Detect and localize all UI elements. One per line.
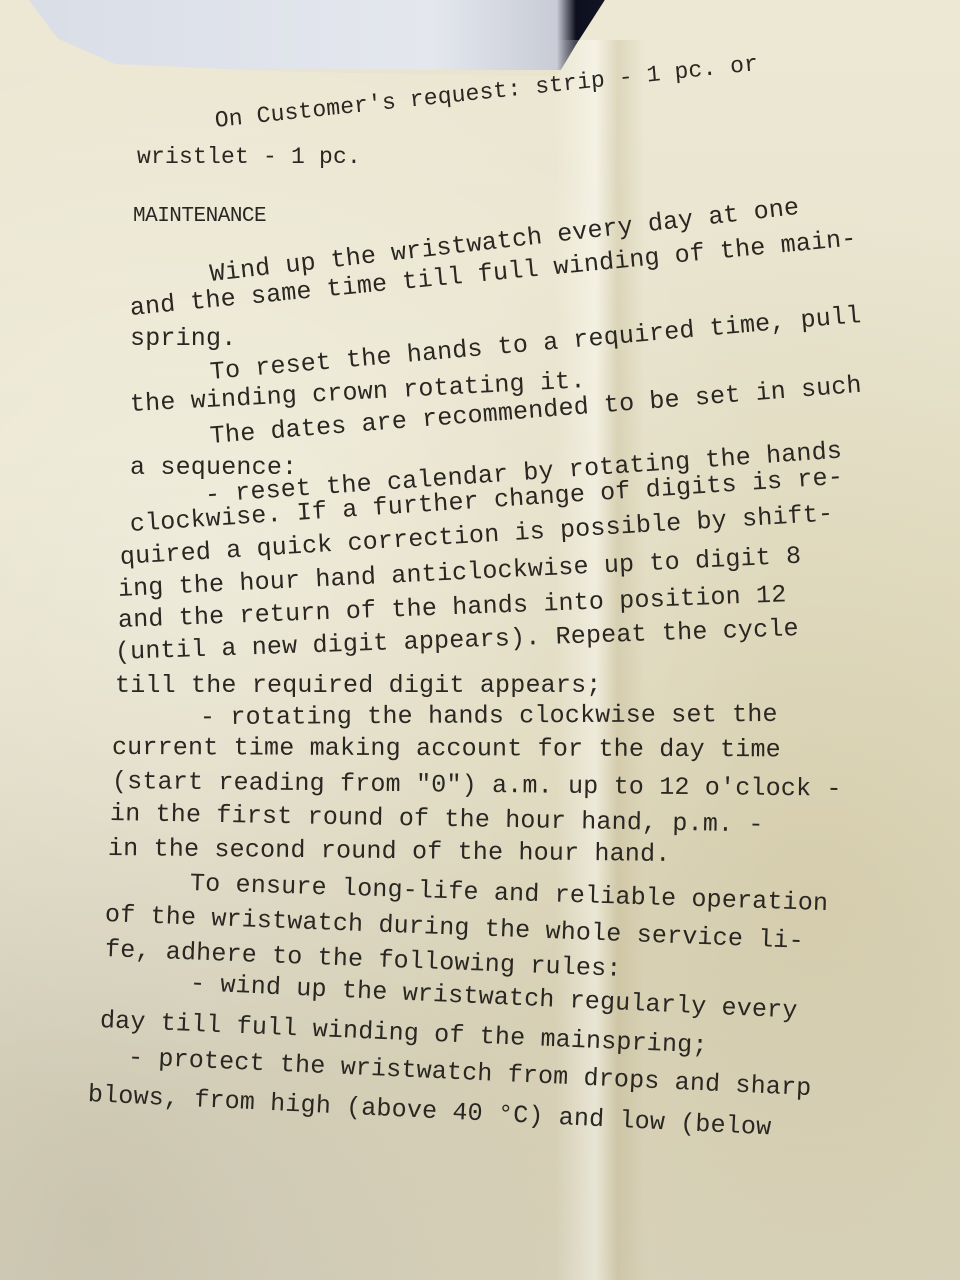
text-line: in the second round of the hour hand. [108, 836, 671, 867]
text-line: spring. [130, 326, 236, 351]
text-line: (start reading from "0") a.m. up to 12 o… [112, 769, 842, 802]
text-line: till the required digit appears; [115, 673, 601, 698]
intro-line-2: wristlet - 1 pc. [137, 146, 361, 169]
text-line: - rotating the hands clockwise set the [200, 702, 778, 730]
section-heading: MAINTENANCE [133, 206, 266, 227]
text-line: current time making account for the day … [112, 735, 781, 762]
